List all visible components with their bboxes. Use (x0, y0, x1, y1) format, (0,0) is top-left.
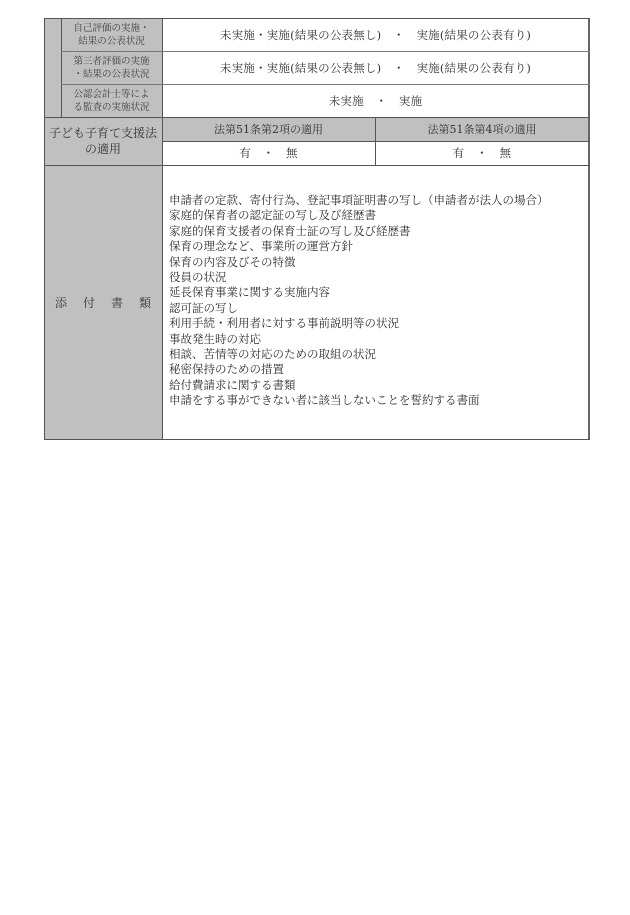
cpa-audit-options-text: 未実施 ・ 実施 (329, 93, 423, 109)
self-evaluation-label-line1: 自己評価の実施・ (73, 22, 149, 35)
attachments-label: 添 付 書 類 (44, 165, 162, 439)
article51-4-header-text: 法第51条第4項の適用 (428, 121, 537, 137)
third-party-evaluation-options-text: 未実施・実施(結果の公表無し) ・ 実施(結果の公表有り) (220, 60, 531, 76)
attachment-item: 家庭的保育支援者の保育士証の写し及び経歴書 (169, 224, 549, 239)
attachment-item: 秘密保持のための措置 (169, 362, 549, 377)
cpa-audit-label-line2: る監査の実施状況 (73, 101, 149, 114)
cpa-audit-label-line1: 公認会計士等によ (73, 88, 149, 101)
attachment-item: 相談、苦情等の対応のための取組の状況 (169, 347, 549, 362)
cpa-audit-options: 未実施 ・ 実施 (162, 84, 589, 117)
childcare-law-label-line2: の適用 (85, 141, 121, 157)
third-party-evaluation-label: 第三者評価の実施 ・結果の公表状況 (61, 51, 162, 84)
childcare-law-label-line1: 子ども子育て支援法 (49, 125, 157, 141)
border-line (162, 141, 590, 142)
third-party-evaluation-label-line1: 第三者評価の実施 (73, 55, 149, 68)
attachment-item: 延長保育事業に関する実施内容 (169, 285, 549, 300)
attachment-item: 給付費請求に関する書類 (169, 378, 549, 393)
border-line (588, 18, 590, 440)
article51-2-header-text: 法第51条第2項の適用 (214, 121, 323, 137)
indent-column (44, 18, 61, 117)
attachment-item: 申請をする事ができない者に該当しないことを誓約する書面 (169, 393, 549, 408)
self-evaluation-options: 未実施・実施(結果の公表無し) ・ 実施(結果の公表有り) (162, 18, 589, 51)
attachments-label-char: 類 (139, 294, 151, 311)
cpa-audit-label: 公認会計士等によ る監査の実施状況 (61, 84, 162, 117)
third-party-evaluation-label-line2: ・結果の公表状況 (73, 68, 149, 81)
border-line (44, 165, 590, 166)
border-line (162, 18, 163, 440)
attachments-label-text: 添 付 書 類 (55, 294, 151, 311)
attachment-item: 認可証の写し (169, 301, 549, 316)
third-party-evaluation-options: 未実施・実施(結果の公表無し) ・ 実施(結果の公表有り) (162, 51, 589, 84)
attachments-label-char: 付 (83, 294, 95, 311)
article51-2-value-text: 有 ・ 無 (239, 145, 298, 161)
attachment-item: 申請者の定款、寄付行為、登記事項証明書の写し（申請者が法人の場合） (169, 193, 549, 208)
attachment-item: 家庭的保育者の認定証の写し及び経歴書 (169, 208, 549, 223)
childcare-law-label: 子ども子育て支援法 の適用 (44, 117, 162, 165)
article51-4-value: 有 ・ 無 (375, 141, 589, 165)
article51-2-header: 法第51条第2項の適用 (162, 117, 375, 141)
border-line (44, 439, 590, 440)
border-line (61, 18, 62, 117)
border-line (61, 51, 590, 52)
attachments-list: 申請者の定款、寄付行為、登記事項証明書の写し（申請者が法人の場合） 家庭的保育者… (169, 193, 549, 409)
attachment-item: 事故発生時の対応 (169, 332, 549, 347)
document-page: 自己評価の実施・ 結果の公表状況 未実施・実施(結果の公表無し) ・ 実施(結果… (0, 0, 630, 915)
attachment-item: 利用手続・利用者に対する事前説明等の状況 (169, 316, 549, 331)
self-evaluation-label: 自己評価の実施・ 結果の公表状況 (61, 18, 162, 51)
attachments-label-char: 添 (55, 294, 67, 311)
attachment-item: 役員の状況 (169, 270, 549, 285)
attachment-item: 保育の理念など、事業所の運営方針 (169, 239, 549, 254)
article51-4-header: 法第51条第4項の適用 (375, 117, 589, 141)
border-line (44, 18, 590, 19)
border-line (44, 18, 45, 440)
article51-2-value: 有 ・ 無 (162, 141, 375, 165)
self-evaluation-options-text: 未実施・実施(結果の公表無し) ・ 実施(結果の公表有り) (220, 27, 531, 43)
attachments-label-char: 書 (111, 294, 123, 311)
article51-4-value-text: 有 ・ 無 (453, 145, 512, 161)
border-line (44, 117, 590, 118)
border-line (61, 84, 590, 85)
attachment-item: 保育の内容及びその特徴 (169, 255, 549, 270)
self-evaluation-label-line2: 結果の公表状況 (78, 35, 145, 48)
